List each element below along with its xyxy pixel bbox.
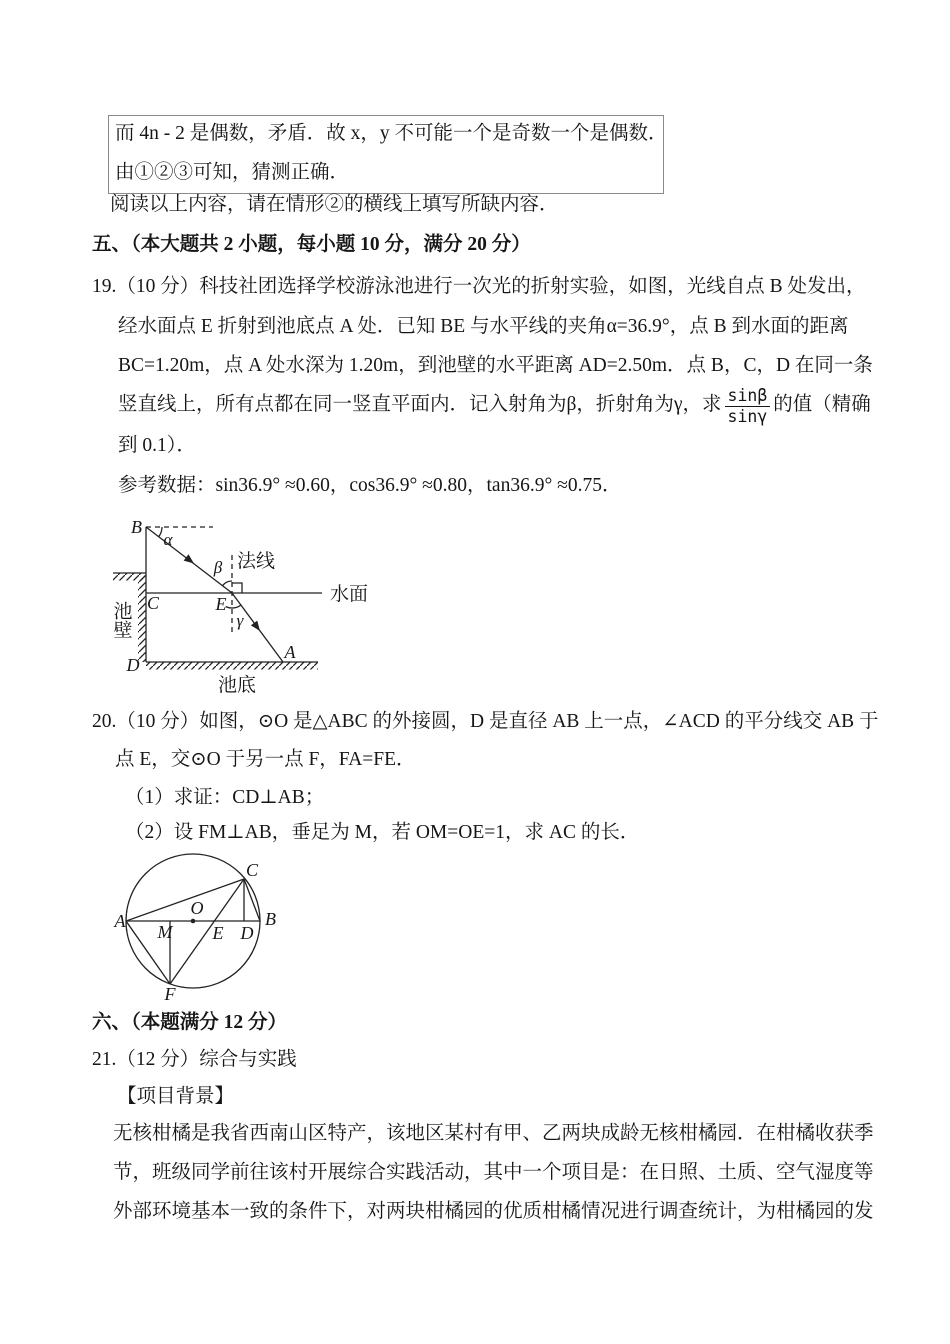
label-point-M: M — [157, 922, 174, 942]
label-normal: 法线 — [237, 550, 275, 572]
label-water-surface: 水面 — [330, 583, 368, 605]
problem21-para-line-3: 外部环境基本一致的条件下，对两块柑橘园的优质柑橘情况进行调查统计，为柑橘园的发 — [113, 1199, 874, 1225]
problem21-subheading: 【项目背景】 — [117, 1084, 234, 1110]
alpha-arc — [159, 527, 162, 537]
problem19-line-4-before: 竖直线上，所有点都在同一竖直平面内．记入射角为β，折射角为γ，求 — [118, 392, 722, 418]
note-box: 而 4n - 2 是偶数，矛盾．故 x，y 不可能一个是奇数一个是偶数． 由①②… — [108, 115, 664, 194]
bottom-hatch — [146, 663, 318, 670]
wall-hatch — [138, 575, 146, 662]
label-alpha: α — [164, 530, 174, 549]
problem19-line-2: 经水面点 E 折射到池底点 A 处．已知 BE 与水平线的夹角α=36.9°，点… — [118, 314, 848, 340]
exam-page: 而 4n - 2 是偶数，矛盾．故 x，y 不可能一个是奇数一个是偶数． 由①②… — [0, 0, 950, 1344]
problem19-line-4-after: 的值（精确 — [773, 392, 871, 418]
fraction-sinbeta-singamma: sinβ sinγ — [725, 386, 771, 427]
fraction-denominator: sinγ — [728, 407, 768, 427]
section6-heading: 六、（本题满分 12 分） — [92, 1010, 287, 1036]
problem20-line-4: （2）设 FM⊥AB，垂足为 M，若 OM=OE=1，求 AC 的长． — [125, 820, 639, 846]
problem20-line-3: （1）求证：CD⊥AB； — [125, 785, 324, 811]
problem20-line-1: 20.（10 分）如图，⊙O 是△ABC 的外接圆，D 是直径 AB 上一点，∠… — [92, 709, 879, 735]
label-point-F: F — [164, 984, 177, 1004]
label-point-B: B — [131, 517, 142, 537]
reading-note: 阅读以上内容，请在情形②的横线上填写所缺内容． — [110, 192, 559, 218]
center-dot — [191, 919, 196, 924]
note-box-line-2: 由①②③可知，猜测正确． — [115, 160, 349, 186]
label-pool-wall: 池壁 — [111, 601, 133, 639]
label-point-B: B — [265, 909, 276, 929]
label-point-A: A — [114, 911, 127, 931]
label-center-O: O — [191, 898, 204, 918]
problem19-line-6: 参考数据：sin36.9° ≈0.60，cos36.9° ≈0.80，tan36… — [118, 473, 621, 499]
beta-arc — [222, 581, 232, 586]
label-gamma: γ — [237, 611, 245, 630]
label-point-A: A — [284, 642, 297, 662]
problem19-line-5: 到 0.1）． — [118, 433, 196, 459]
problem21-para-line-1: 无核柑橘是我省西南山区特产，该地区某村有甲、乙两块成龄无核柑橘园．在柑橘收获季 — [113, 1121, 874, 1147]
section5-heading: 五、（本大题共 2 小题，每小题 10 分，满分 20 分） — [92, 232, 531, 258]
problem21-para-line-2: 节，班级同学前往该村开展综合实践活动，其中一个项目是：在日照、土质、空气湿度等 — [113, 1160, 874, 1186]
gamma-arc — [226, 605, 241, 608]
refraction-diagram: B α β 法线 水面 C E γ A 池壁 D 池底 — [90, 505, 430, 710]
refracted-ray-arrow — [251, 621, 263, 634]
note-box-line-1: 而 4n - 2 是偶数，矛盾．故 x，y 不可能一个是奇数一个是偶数． — [115, 121, 668, 147]
chord-CF — [170, 879, 244, 984]
label-point-C: C — [147, 593, 160, 613]
chord-AC — [126, 879, 244, 921]
label-point-D: D — [240, 923, 254, 943]
label-point-C: C — [246, 860, 259, 880]
label-beta: β — [213, 558, 223, 577]
fraction-numerator: sinβ — [725, 386, 771, 407]
chord-CB — [244, 879, 260, 921]
problem21-line-1: 21.（12 分）综合与实践 — [92, 1047, 297, 1073]
circle-diagram: A B C O M E D F — [108, 848, 323, 1010]
label-point-D: D — [126, 655, 140, 675]
problem19-line-1: 19.（10 分）科技社团选择学校游泳池进行一次光的折射实验，如图，光线自点 B… — [92, 274, 866, 300]
problem19-line-3: BC=1.20m，点 A 处水深为 1.20m，到池壁的水平距离 AD=2.50… — [118, 353, 873, 379]
label-pool-bottom: 池底 — [218, 674, 256, 696]
label-point-E: E — [215, 594, 227, 614]
label-point-E: E — [212, 923, 224, 943]
problem19-line-4: 竖直线上，所有点都在同一竖直平面内．记入射角为β，折射角为γ，求 sinβ si… — [118, 381, 871, 429]
problem20-line-2: 点 E，交⊙O 于另一点 F，FA=FE． — [115, 747, 416, 773]
right-angle-mark — [232, 583, 242, 593]
